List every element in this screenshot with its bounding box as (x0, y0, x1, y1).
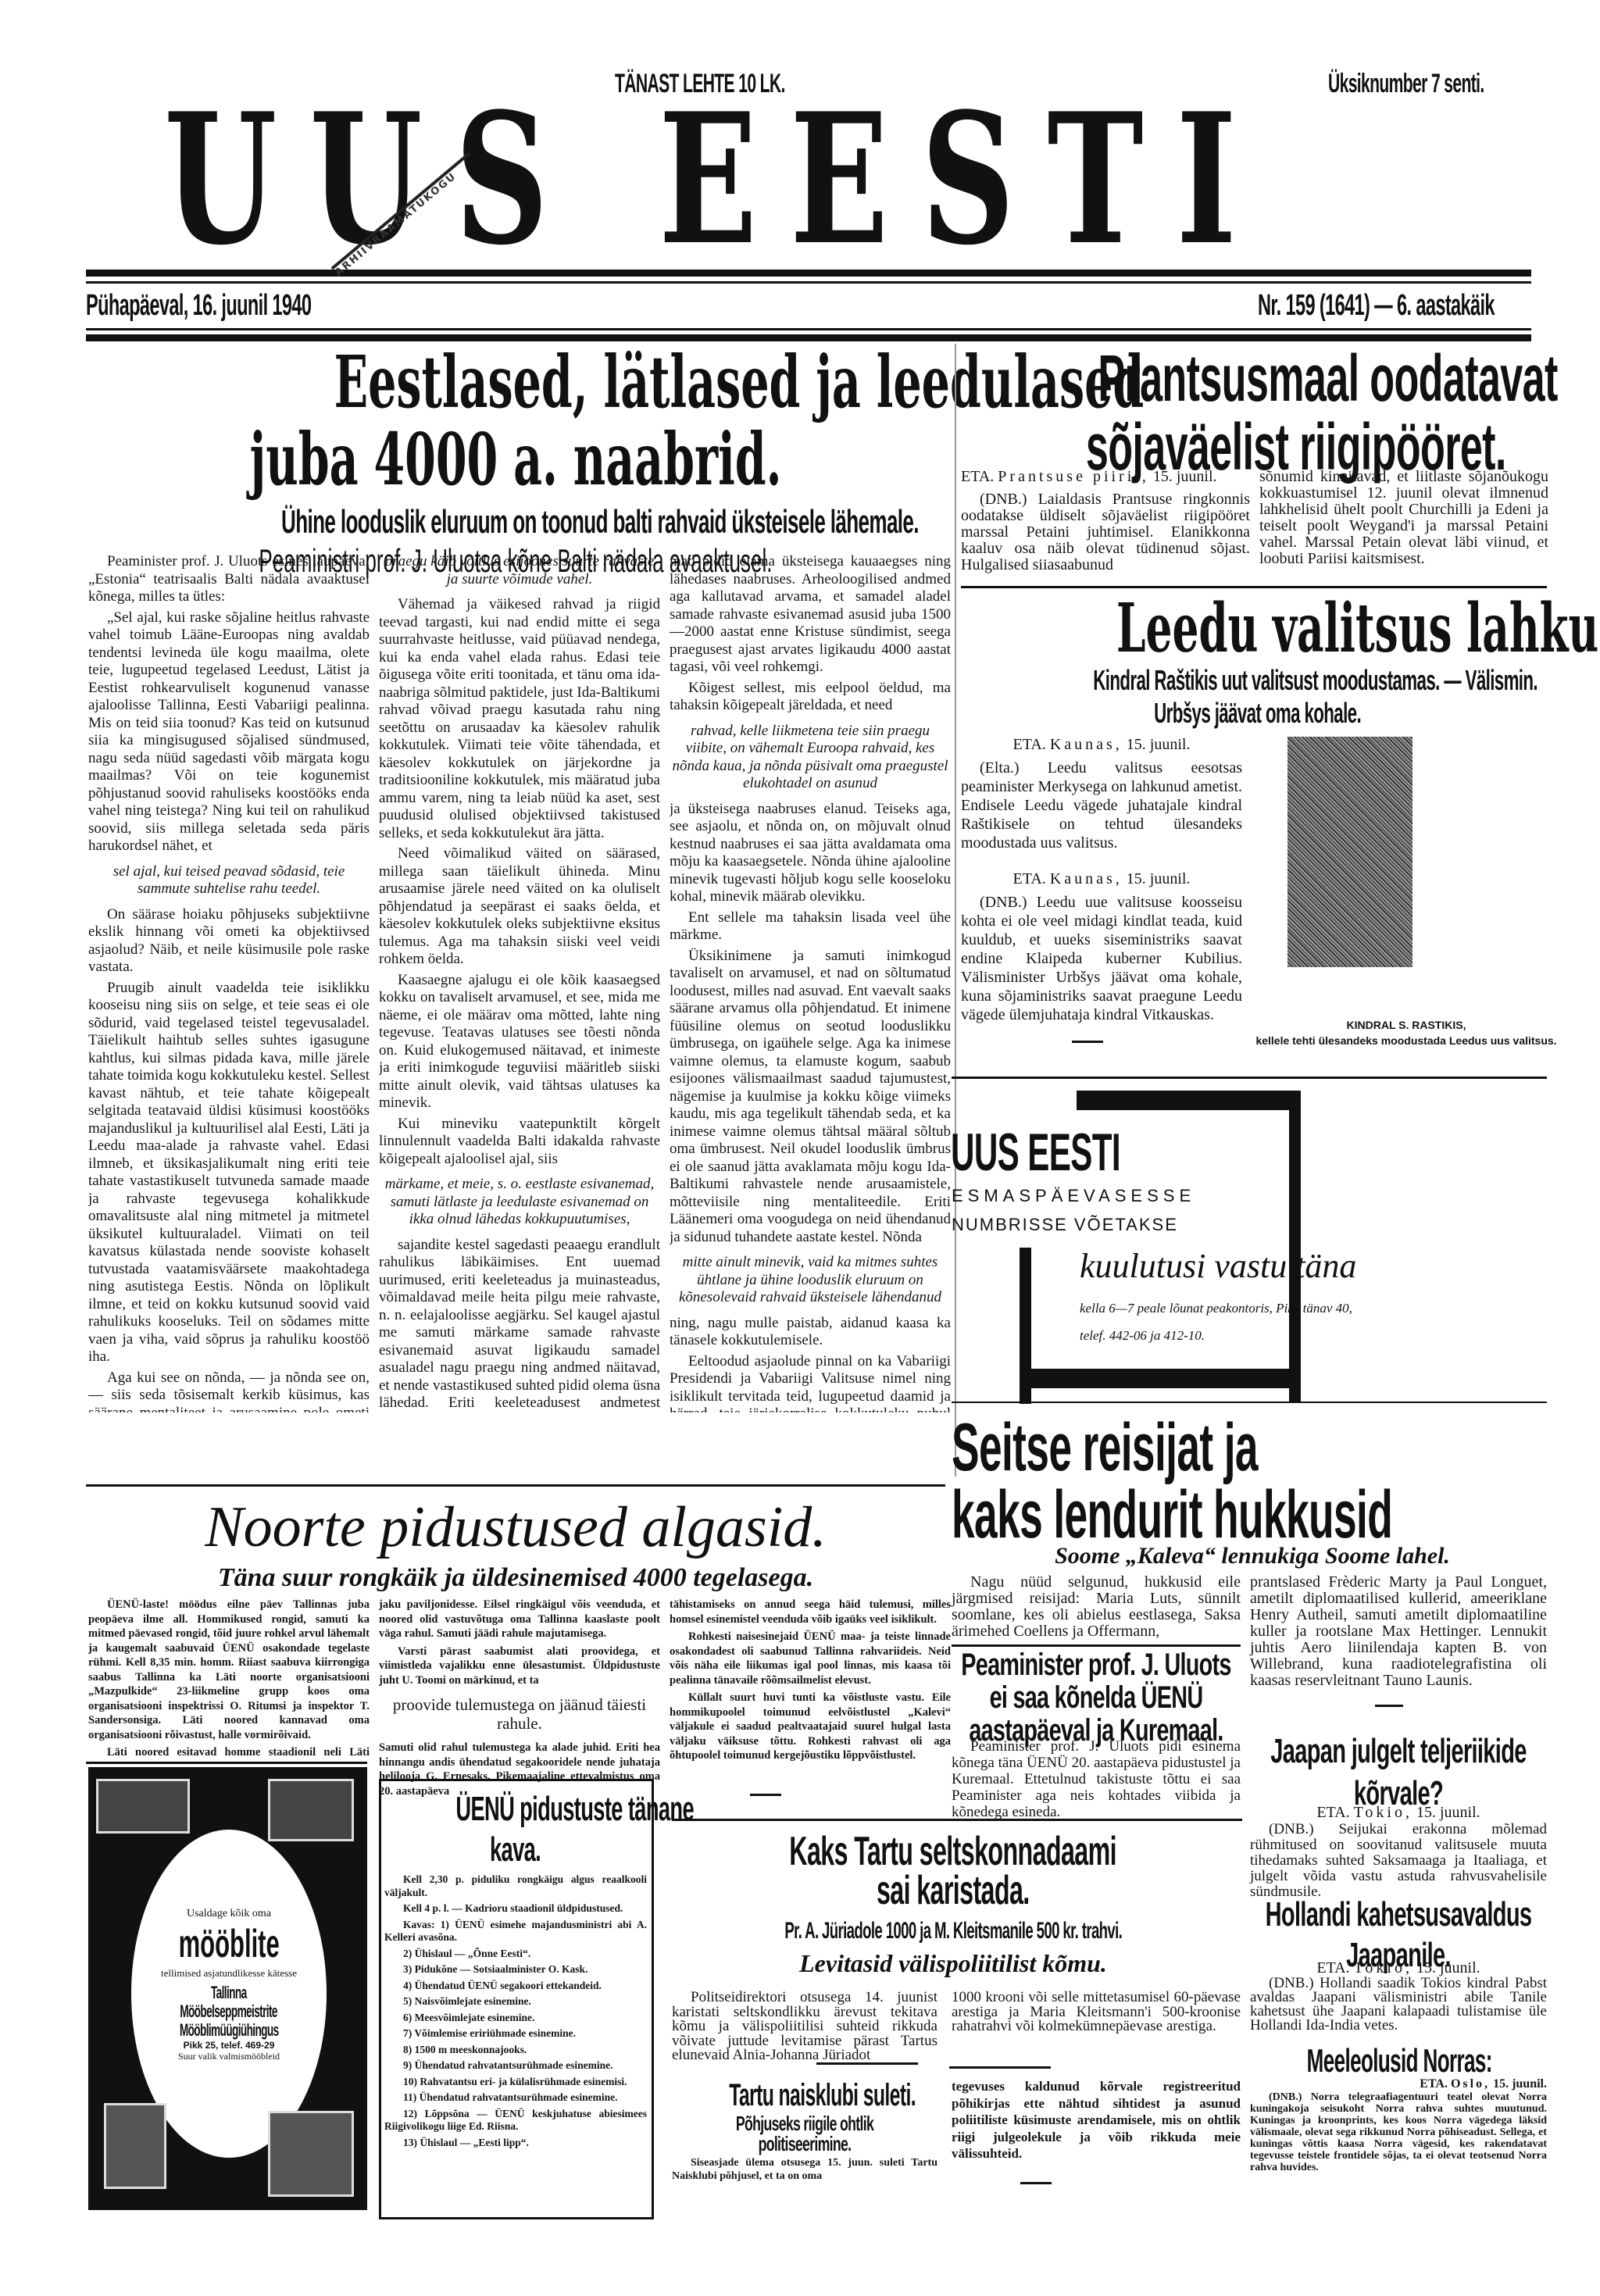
plane-col-2: prantslased Frèderic Marty ja Paul Longu… (1250, 1574, 1547, 1692)
ad-uus-eesti-title: UUS EESTI (951, 1125, 1224, 1180)
ad-line-2: NUMBRISSE VÕETAKSE (952, 1215, 1178, 1235)
plane-subhead: Soome „Kaleva“ lennukiga Soome lahel. (952, 1543, 1553, 1569)
france-bottom-rule (961, 586, 1547, 588)
france-headline: Prantsusmaal oodatavat sõjaväelist riigi… (957, 344, 1559, 481)
tartu-col-2: 1000 krooni või selle mittetasumisel 60-… (952, 1991, 1241, 2037)
norway-body: ETA. Oslo, 15. juunil. (DNB.) Norra tele… (1250, 2078, 1547, 2176)
lithuania-end-mark (1072, 1041, 1103, 1043)
france-col-1: ETA. Prantsuse piiril, 15. juunil. (DNB.… (961, 469, 1250, 577)
masthead-rule-top-thick (86, 270, 1531, 277)
holland-body: ETA. Tokio, 15. juunil. (DNB.) Hollandi … (1250, 1961, 1547, 2036)
tartu-col-1: Politseidirektori otsusega 14. juunist k… (672, 1991, 937, 2066)
ad-frame-bottom (1020, 1369, 1301, 1388)
ad-bottom-rule (952, 1402, 1547, 1403)
issue-number: Nr. 159 (1641) — 6. aastakäik (1258, 289, 1600, 323)
tartu-headline: Kaks Tartu seltskonnadaami sai karistada… (664, 1832, 1242, 1910)
youth-top-rule (86, 1484, 945, 1487)
furniture-illustration-bottom-left (104, 2103, 166, 2189)
ad-detail-1: kella 6—7 peale lõunat peakontoris, Pikk… (1080, 1301, 1352, 1316)
masthead-title: UUS EESTI (164, 102, 1087, 258)
furniture-illustration-top-right (268, 1779, 354, 1841)
japan-headline: Jaapan julgelt teljeriikide kõrvale? (1250, 1730, 1547, 1815)
france-col-2: sõnumid kinnitavad, et liitlaste sõjanõu… (1259, 469, 1548, 570)
youth-col-1: ÜENÜ-laste! möödus eilne päev Tallinnas … (88, 1598, 370, 1758)
uenu-frame-right (652, 1781, 654, 2219)
youth-headline: Noorte pidustused algasid. (86, 1496, 945, 1559)
lead-article-col-1: Peaminister prof. J. Uluots esines laupä… (88, 553, 370, 1412)
women-club-col-1: Siseasjade ülema otsusega 15. juun. sule… (672, 2156, 937, 2186)
ad-script: kuulutusi vastu täna (1080, 1246, 1356, 1286)
women-club-headline: Tartu naisklubi suleti. (672, 2078, 937, 2112)
tartu-bottom-rule-right (949, 2066, 1051, 2069)
lithuania-text: ETA. Kaunas, 15. juunil. (Elta.) Leedu v… (961, 730, 1242, 1027)
furniture-illustration-bottom-right (268, 2111, 354, 2197)
uenu-program-list: Kell 2,30 p. piduliku rongkäigu algus re… (384, 1873, 647, 2152)
issue-date: Pühapäeval, 16. juunil 1940 (86, 289, 449, 323)
japan-body: ETA. Tokio, 15. juunil. (DNB.) Seijukai … (1250, 1805, 1547, 1903)
ad-detail-2: telef. 442-06 ja 412-10. (1080, 1328, 1205, 1344)
uenu-frame-left (379, 1781, 381, 2219)
tartu-subhead-italic: Levitasid välispoliitilist kõmu. (664, 1949, 1242, 1978)
plane-col-1: Nagu nüüd selgunud, hukkusid eile järgmi… (952, 1574, 1241, 1643)
women-club-subhead: Põhjuseks riigile ohtlik politiseerimine… (687, 2113, 922, 2154)
uluots-body: Peaminister prof. J. Uluots pidi esinema… (952, 1738, 1241, 1823)
youth-col-2: jaku paviljonidesse. Eilsel ringkäigul v… (379, 1598, 660, 1801)
tartu-top-rule (672, 1819, 937, 1821)
uluots-headline: Peaminister prof. J. Uluots ei saa kõnel… (952, 1648, 1241, 1747)
ad-frame-top (1077, 1091, 1301, 1110)
tartu-bottom-rule (816, 2062, 918, 2065)
uenu-frame-bottom (379, 2217, 654, 2219)
norway-headline: Meeleolusid Norras: (1250, 2043, 1547, 2079)
furniture-ad: Usaldage kõik oma mööblite tellimised as… (88, 1767, 367, 2210)
column-divider (955, 344, 956, 1477)
youth-bottom-rule (86, 1762, 367, 1764)
lead-article-col-3: mad pidid elama üksteisega kauaaegses ni… (670, 553, 951, 1412)
furniture-illustration-top (96, 1779, 190, 1834)
women-club-end-mark (1020, 2182, 1052, 2184)
masthead-rule-bottom-thin (86, 328, 1531, 330)
women-club-col-2: tegevuses kaldunud kõrvale registreeritu… (952, 2078, 1241, 2166)
ad-line-1: ESMASPÄEVASESSE (952, 1186, 1195, 1206)
plane-rule (952, 1644, 1241, 1647)
youth-col-3: tähistamiseks on annud seega häid tulemu… (670, 1598, 951, 1766)
photo-caption: KINDRAL S. RASTIKIS, kellele tehti ülesa… (1250, 1017, 1562, 1048)
lithuania-headline: Leedu valitsus lahkus. Kindral Raštikis … (957, 594, 1559, 730)
youth-subhead: Täna suur rongkäik ja üldesinemised 4000… (86, 1562, 945, 1594)
japan-divider (1375, 1705, 1403, 1707)
uluots-bottom-rule (937, 1819, 1242, 1821)
uenu-headline: ÜENÜ pidustuste tänane kava. (383, 1789, 648, 1870)
furniture-ad-text: Usaldage kõik oma mööblite tellimised as… (131, 1908, 327, 2062)
lithuania-bottom-rule (952, 1077, 1547, 1079)
plane-headline: Seitse reisijat ja kaks lendurit hukkusi… (952, 1414, 1553, 1548)
portrait-photo (1287, 737, 1412, 967)
lead-headline: Eestlased, lätlased ja leedulased juba 4… (86, 344, 945, 580)
youth-col-end-rule (750, 1794, 781, 1796)
lead-article-col-2: praegu käib võitlus esijoones suurte rah… (379, 553, 660, 1412)
masthead-rule-top-thin (86, 281, 1531, 284)
price-note: Üksiknumber 7 senti. (1328, 69, 1580, 99)
uenu-frame-top (379, 1779, 654, 1781)
tartu-subhead: Pr. A. Jüriadole 1000 ja M. Kleitsmanile… (664, 1918, 1242, 1944)
